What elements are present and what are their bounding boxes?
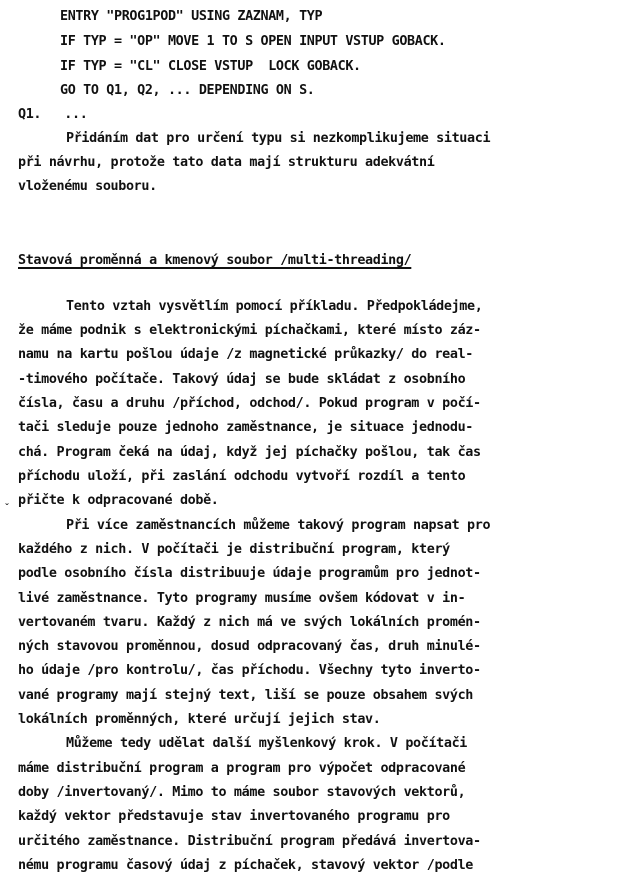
text-line: vloženému souboru.: [18, 176, 157, 198]
code-line: GO TO Q1, Q2, ... DEPENDING ON S.: [60, 80, 315, 102]
text-line: při návrhu, protože tato data mají struk…: [18, 152, 434, 174]
text-line: livé zaměstnance. Tyto programy musíme o…: [18, 588, 465, 610]
text-line: Při více zaměstnancích můžeme takový pro…: [66, 515, 490, 537]
text-line: vané programy mají stejný text, liší se …: [18, 685, 473, 707]
text-line: že máme podnik s elektronickými píchačka…: [18, 320, 481, 342]
code-line: ENTRY "PROG1POD" USING ZAZNAM, TYP: [60, 6, 322, 28]
code-label-line: Q1. ...: [18, 104, 87, 126]
text-line: určitého zaměstnance. Distribuční progra…: [18, 831, 481, 853]
text-line: ho údaje /pro kontrolu/, čas příchodu. V…: [18, 660, 481, 682]
code-line: IF TYP = "CL" CLOSE VSTUP LOCK GOBACK.: [60, 56, 361, 78]
text-line: přičte k odpracované době.: [18, 490, 219, 512]
text-line: podle osobního čísla distribuuje údaje p…: [18, 563, 481, 585]
text-line: čísla, času a druhu /příchod, odchod/. P…: [18, 393, 481, 415]
text-line: vertovaném tvaru. Každý z nich má ve svý…: [18, 612, 481, 634]
text-line: Můžeme tedy udělat další myšlenkový krok…: [66, 733, 467, 755]
text-line: každého z nich. V počítači je distribučn…: [18, 539, 450, 561]
text-line: doby /invertovaný/. Mimo to máme soubor …: [18, 782, 465, 804]
text-line: příchodu uloží, při zaslání odchodu vytv…: [18, 466, 465, 488]
text-line: tači sleduje pouze jednoho zaměstnance, …: [18, 417, 473, 439]
text-line: nému programu časový údaj z píchaček, st…: [18, 855, 473, 876]
text-line: chá. Program čeká na údaj, když jej pích…: [18, 442, 481, 464]
code-line: IF TYP = "OP" MOVE 1 TO S OPEN INPUT VST…: [60, 31, 446, 53]
text-line: máme distribuční program a program pro v…: [18, 758, 465, 780]
text-line: Tento vztah vysvětlím pomocí příkladu. P…: [66, 296, 482, 318]
section-heading: Stavová proměnná a kmenový soubor /multi…: [18, 250, 411, 272]
text-line: namu na kartu pošlou údaje /z magnetické…: [18, 344, 473, 366]
margin-mark: ˇ: [4, 503, 10, 514]
document-page: ENTRY "PROG1POD" USING ZAZNAM, TYP IF TY…: [0, 0, 617, 876]
text-line: každý vektor představuje stav invertovan…: [18, 806, 450, 828]
text-line: Přidáním dat pro určení typu si nezkompl…: [66, 128, 490, 150]
text-line: -timového počítače. Takový údaj se bude …: [18, 369, 465, 391]
text-line: ných stavovou proměnnou, dosud odpracova…: [18, 636, 481, 658]
text-line: lokálních proměnných, které určují jejic…: [18, 709, 380, 731]
